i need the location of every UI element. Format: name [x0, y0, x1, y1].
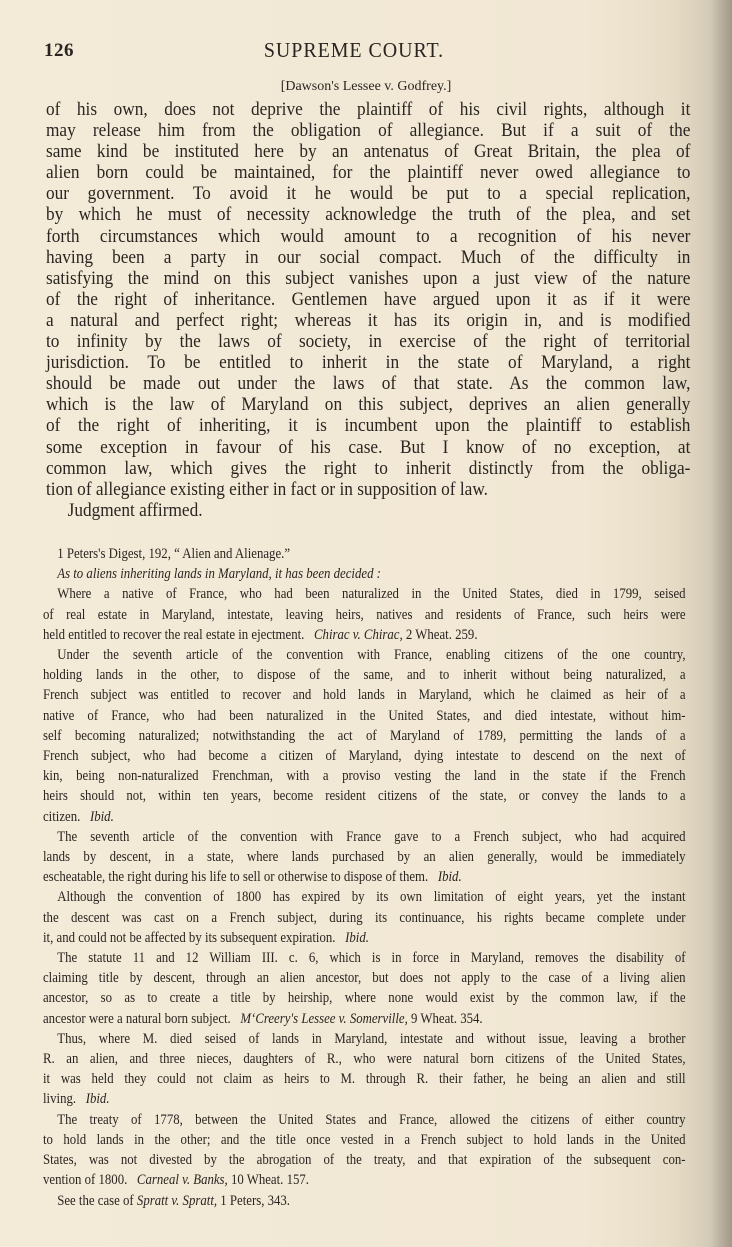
note-line: Where a native of France, who had been n…: [43, 584, 686, 604]
note-line: it was held they could not claim as heir…: [43, 1069, 686, 1089]
reporter-citation: 9 Wheat. 354.: [411, 1011, 483, 1027]
text-line: of his own, does not deprive the plainti…: [46, 99, 690, 120]
text-line: jurisdiction. To be entitled to inherit …: [46, 352, 690, 373]
case-citation: Ibid.: [90, 809, 114, 825]
page-edge-shadow: [710, 0, 732, 1247]
note-line: of real estate in Maryland, intestate, l…: [43, 605, 686, 625]
note-line: The treaty of 1778, between the United S…: [43, 1110, 686, 1130]
text-line: a natural and perfect right; whereas it …: [46, 310, 690, 331]
note-line-with-cite: vention of 1800. Carneal v. Banks, 10 Wh…: [43, 1170, 686, 1190]
notes-heading: As to aliens inheriting lands in Marylan…: [43, 564, 686, 584]
note-line-with-cite: held entitled to recover the real estate…: [43, 625, 686, 645]
note-line-with-cite: ancestor were a natural born subject. M‘…: [43, 1009, 686, 1029]
reporter-citation: 10 Wheat. 157.: [231, 1172, 309, 1188]
text-line: to infinity by the laws of society, in e…: [46, 331, 690, 352]
note-line: heirs should not, within ten years, beco…: [43, 786, 686, 806]
note-line-with-cite: citizen. Ibid.: [43, 807, 686, 827]
digest-citation: 1 Peters's Digest, 192, “ Alien and Alie…: [43, 544, 686, 564]
note-line: R. an alien, and three nieces, daughters…: [43, 1049, 686, 1069]
note-line: self becoming naturalized; notwithstandi…: [43, 726, 686, 746]
text-line: by which he must of necessity acknowledg…: [46, 204, 690, 225]
note-line: The statute 11 and 12 William III. c. 6,…: [43, 948, 686, 968]
case-citation: Ibid.: [86, 1091, 110, 1107]
note-line: native of France, who had been naturaliz…: [43, 706, 686, 726]
running-title: SUPREME COURT.: [60, 38, 649, 63]
footnotes: 1 Peters's Digest, 192, “ Alien and Alie…: [43, 544, 686, 1211]
case-citation: Carneal v. Banks,: [137, 1172, 228, 1188]
note-line: Under the seventh article of the convent…: [43, 645, 686, 665]
text-line: may release him from the obligation of a…: [46, 120, 690, 141]
note-line: French subject was entitled to recover a…: [43, 685, 686, 705]
text-line: having been a party in our social compac…: [46, 247, 690, 268]
note-line: Thus, where M. died seised of lands in M…: [43, 1029, 686, 1049]
main-text: of his own, does not deprive the plainti…: [46, 99, 690, 521]
case-citation: Chirac v. Chirac,: [314, 627, 403, 643]
text-line: alien born could be maintained, for the …: [46, 162, 690, 183]
case-caption: [Dawson's Lessee v. Godfrey.]: [0, 79, 732, 95]
page-header: 126 SUPREME COURT.: [44, 38, 664, 68]
text-line: forth circumstances which would amount t…: [46, 226, 690, 247]
text-line: satisfying the mind on this subject vani…: [46, 268, 690, 289]
reporter-citation: 1 Peters, 343.: [220, 1193, 290, 1209]
note-line: French subject, who had become a citizen…: [43, 746, 686, 766]
see-also-line: See the case of Spratt v. Spratt, 1 Pete…: [43, 1191, 686, 1211]
case-citation: Ibid.: [345, 930, 369, 946]
note-line: to hold lands in the other; and the titl…: [43, 1130, 686, 1150]
note-line-with-cite: escheatable, the right during his life t…: [43, 867, 686, 887]
note-line-with-cite: living. Ibid.: [43, 1089, 686, 1109]
text-line: same kind be instituted here by an anten…: [46, 141, 690, 162]
note-line: Although the convention of 1800 has expi…: [43, 887, 686, 907]
note-line: The seventh article of the convention wi…: [43, 827, 686, 847]
judgment-line: Judgment affirmed.: [46, 500, 690, 521]
text-line: of the right of inheriting, it is incumb…: [46, 415, 690, 436]
note-line: holding lands in the other, to dispose o…: [43, 665, 686, 685]
text-line: of the right of inheritance. Gentlemen h…: [46, 289, 690, 310]
note-line: the descent was cast on a French subject…: [43, 908, 686, 928]
text-line: our government. To avoid it he would be …: [46, 183, 690, 204]
note-line: kin, being non-naturalized Frenchman, wi…: [43, 766, 686, 786]
text-line: tion of allegiance existing either in fa…: [46, 479, 690, 500]
note-line: States, was not divested by the abrogati…: [43, 1150, 686, 1170]
note-line: lands by descent, in a state, where land…: [43, 847, 686, 867]
text-line: should be made out under the laws of tha…: [46, 373, 690, 394]
note-line-with-cite: it, and could not be affected by its sub…: [43, 928, 686, 948]
case-citation: M‘Creery's Lessee v. Somerville,: [240, 1011, 407, 1027]
reporter-citation: 2 Wheat. 259.: [406, 627, 478, 643]
text-line: which is the law of Maryland on this sub…: [46, 394, 690, 415]
note-line: claiming title by descent, through an al…: [43, 968, 686, 988]
text-line: some exception in favour of his case. Bu…: [46, 437, 690, 458]
note-line: ancestor, so as to create a title by hei…: [43, 988, 686, 1008]
case-citation: Spratt v. Spratt,: [137, 1193, 217, 1209]
book-page: 126 SUPREME COURT. [Dawson's Lessee v. G…: [0, 0, 732, 1247]
text-line: common law, which gives the right to inh…: [46, 458, 690, 479]
case-citation: Ibid.: [438, 869, 462, 885]
